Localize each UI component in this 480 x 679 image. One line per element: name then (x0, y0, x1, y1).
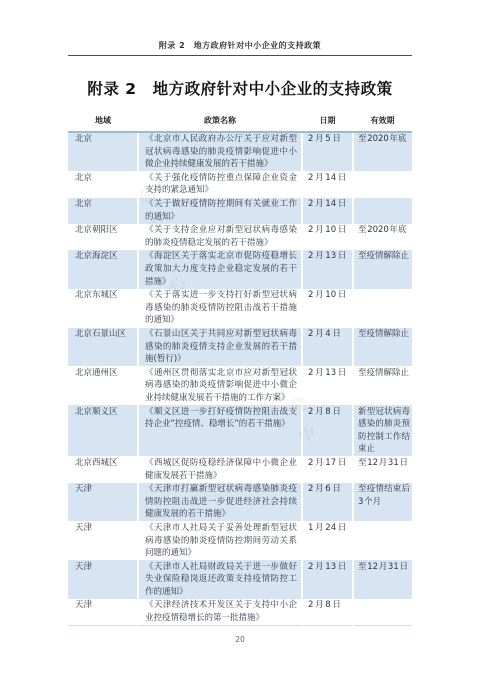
table-row: 北京《关于做好疫情防控期间有关就业工作的通知》2 月 14 日 (68, 198, 412, 224)
region-cell: 天津 (68, 521, 138, 560)
region-cell: 天津 (68, 599, 138, 626)
validity-cell: 至 2020 年底 (353, 132, 412, 172)
region-cell: 北京顺义区 (68, 405, 138, 456)
table-row: 北京朝阳区《关于支持企业应对新型冠状病毒感染的肺炎疫情稳定发展的若干措施》2 月… (68, 224, 412, 250)
header-rule (68, 55, 412, 56)
policy-cell: 《关于落实进一步支持打好新型冠状病毒感染的肺炎疫情防控阻击战若干措施的通知》 (138, 289, 302, 328)
region-cell: 北京通州区 (68, 366, 138, 405)
table-row: 天津《天津经济技术开发区关于支持中小企业控疫情稳增长的第一批措施》2 月 8 日 (68, 599, 412, 626)
policy-cell: 《西城区促防疫稳经济保障中小微企业健康发展若干措施》 (138, 456, 302, 482)
col-header-region: 地域 (68, 113, 138, 132)
date-cell: 2 月 6 日 (302, 483, 353, 522)
table-row: 北京东城区《关于落实进一步支持打好新型冠状病毒感染的肺炎疫情防控阻击战若干措施的… (68, 289, 412, 328)
policy-cell: 《北京市人民政府办公厅关于应对新型冠状病毒感染的肺炎疫情影响促进中小微企业持续健… (138, 132, 302, 172)
policy-cell: 《关于支持企业应对新型冠状病毒感染的肺炎疫情稳定发展的若干措施》 (138, 224, 302, 250)
policy-table: 地域 政策名称 日期 有效期 北京《北京市人民政府办公厅关于应对新型冠状病毒感染… (68, 113, 412, 626)
validity-cell (353, 599, 412, 626)
page-title: 附录 2 地方政府针对中小企业的支持政策 (0, 77, 480, 99)
validity-cell (353, 521, 412, 560)
policy-cell: 《天津市人社局关于妥善处理新型冠状病毒感染的肺炎疫情防控期间劳动关系问题的通知》 (138, 521, 302, 560)
date-cell: 2 月 4 日 (302, 328, 353, 367)
region-cell: 北京西城区 (68, 456, 138, 482)
validity-cell: 至 12 月 31 日 (353, 456, 412, 482)
validity-cell (353, 198, 412, 224)
date-cell: 2 月 17 日 (302, 456, 353, 482)
table-row: 北京《关于强化疫情防控重点保障企业资金支持的紧急通知》2 月 14 日 (68, 171, 412, 197)
date-cell: 2 月 10 日 (302, 289, 353, 328)
document-page: 附录 2 地方政府针对中小企业的支持政策 附录 2 地方政府针对中小企业的支持政… (0, 0, 480, 679)
region-cell: 北京 (68, 198, 138, 224)
validity-cell: 至疫情解除止 (353, 366, 412, 405)
running-header: 附录 2 地方政府针对中小企业的支持政策 (0, 40, 480, 51)
region-cell: 北京东城区 (68, 289, 138, 328)
policy-table-header: 地域 政策名称 日期 有效期 (68, 113, 412, 132)
validity-cell (353, 289, 412, 328)
date-cell: 2 月 8 日 (302, 599, 353, 626)
policy-cell: 《海淀区关于落实北京市促防疫稳增长政策加大力度支持企业稳定发展的若干措施》 (138, 250, 302, 289)
date-cell: 2 月 13 日 (302, 560, 353, 599)
date-cell: 1 月 24 日 (302, 521, 353, 560)
validity-cell: 至 12 月 31 日 (353, 560, 412, 599)
validity-cell: 至疫情解除止 (353, 328, 412, 367)
policy-cell: 《关于强化疫情防控重点保障企业资金支持的紧急通知》 (138, 171, 302, 197)
region-cell: 北京 (68, 171, 138, 197)
table-row: 天津《天津市人社局财政局关于进一步做好失业保险稳岗返还政策支持疫情防控工作的通知… (68, 560, 412, 599)
date-cell: 2 月 13 日 (302, 250, 353, 289)
date-cell: 2 月 8 日 (302, 405, 353, 456)
table-row: 天津《天津市打赢新型冠状病毒感染肺炎疫情防控阻击战进一步促进经济社会持续健康发展… (68, 483, 412, 522)
date-cell: 2 月 14 日 (302, 198, 353, 224)
date-cell: 2 月 10 日 (302, 224, 353, 250)
table-row: 北京顺义区《顺义区进一步打好疫情防控阻击战支持企业“控疫情、稳增长”的若干措施》… (68, 405, 412, 456)
col-header-validity: 有效期 (353, 113, 412, 132)
table-row: 北京通州区《通州区贯彻落实北京市应对新型冠状病毒感染的肺炎疫情影响促进中小微企业… (68, 366, 412, 405)
table-row: 北京石景山区《石景山区关于共同应对新型冠状病毒感染的肺炎疫情支持企业发展的若干措… (68, 328, 412, 367)
page-number: 20 (0, 635, 480, 644)
region-cell: 天津 (68, 483, 138, 522)
date-cell: 2 月 13 日 (302, 366, 353, 405)
policy-table-body: 北京《北京市人民政府办公厅关于应对新型冠状病毒感染的肺炎疫情影响促进中小微企业持… (68, 132, 412, 626)
date-cell: 2 月 14 日 (302, 171, 353, 197)
validity-cell: 至疫情结束后 3 个月 (353, 483, 412, 522)
validity-cell: 至 2020 年底 (353, 224, 412, 250)
region-cell: 北京海淀区 (68, 250, 138, 289)
region-cell: 北京石景山区 (68, 328, 138, 367)
col-header-date: 日期 (302, 113, 353, 132)
table-row: 北京《北京市人民政府办公厅关于应对新型冠状病毒感染的肺炎疫情影响促进中小微企业持… (68, 132, 412, 172)
table-row: 北京西城区《西城区促防疫稳经济保障中小微企业健康发展若干措施》2 月 17 日至… (68, 456, 412, 482)
table-row: 天津《天津市人社局关于妥善处理新型冠状病毒感染的肺炎疫情防控期间劳动关系问题的通… (68, 521, 412, 560)
policy-cell: 《关于做好疫情防控期间有关就业工作的通知》 (138, 198, 302, 224)
col-header-policy: 政策名称 (138, 113, 302, 132)
region-cell: 天津 (68, 560, 138, 599)
policy-cell: 《石景山区关于共同应对新型冠状病毒感染的肺炎疫情支持企业发展的若干措施(暂行)》 (138, 328, 302, 367)
region-cell: 北京朝阳区 (68, 224, 138, 250)
policy-cell: 《天津市打赢新型冠状病毒感染肺炎疫情防控阻击战进一步促进经济社会持续健康发展的若… (138, 483, 302, 522)
validity-cell: 至疫情解除止 (353, 250, 412, 289)
policy-cell: 《通州区贯彻落实北京市应对新型冠状病毒感染的肺炎疫情影响促进中小微企业持续健康发… (138, 366, 302, 405)
region-cell: 北京 (68, 132, 138, 172)
header-row: 地域 政策名称 日期 有效期 (68, 113, 412, 132)
validity-cell (353, 171, 412, 197)
validity-cell: 新型冠状病毒感染的肺炎预防控制工作结束止 (353, 405, 412, 456)
policy-cell: 《顺义区进一步打好疫情防控阻击战支持企业“控疫情、稳增长”的若干措施》 (138, 405, 302, 456)
date-cell: 2 月 5 日 (302, 132, 353, 172)
table-row: 北京海淀区《海淀区关于落实北京市促防疫稳增长政策加大力度支持企业稳定发展的若干措… (68, 250, 412, 289)
policy-cell: 《天津市人社局财政局关于进一步做好失业保险稳岗返还政策支持疫情防控工作的通知》 (138, 560, 302, 599)
policy-cell: 《天津经济技术开发区关于支持中小企业控疫情稳增长的第一批措施》 (138, 599, 302, 626)
